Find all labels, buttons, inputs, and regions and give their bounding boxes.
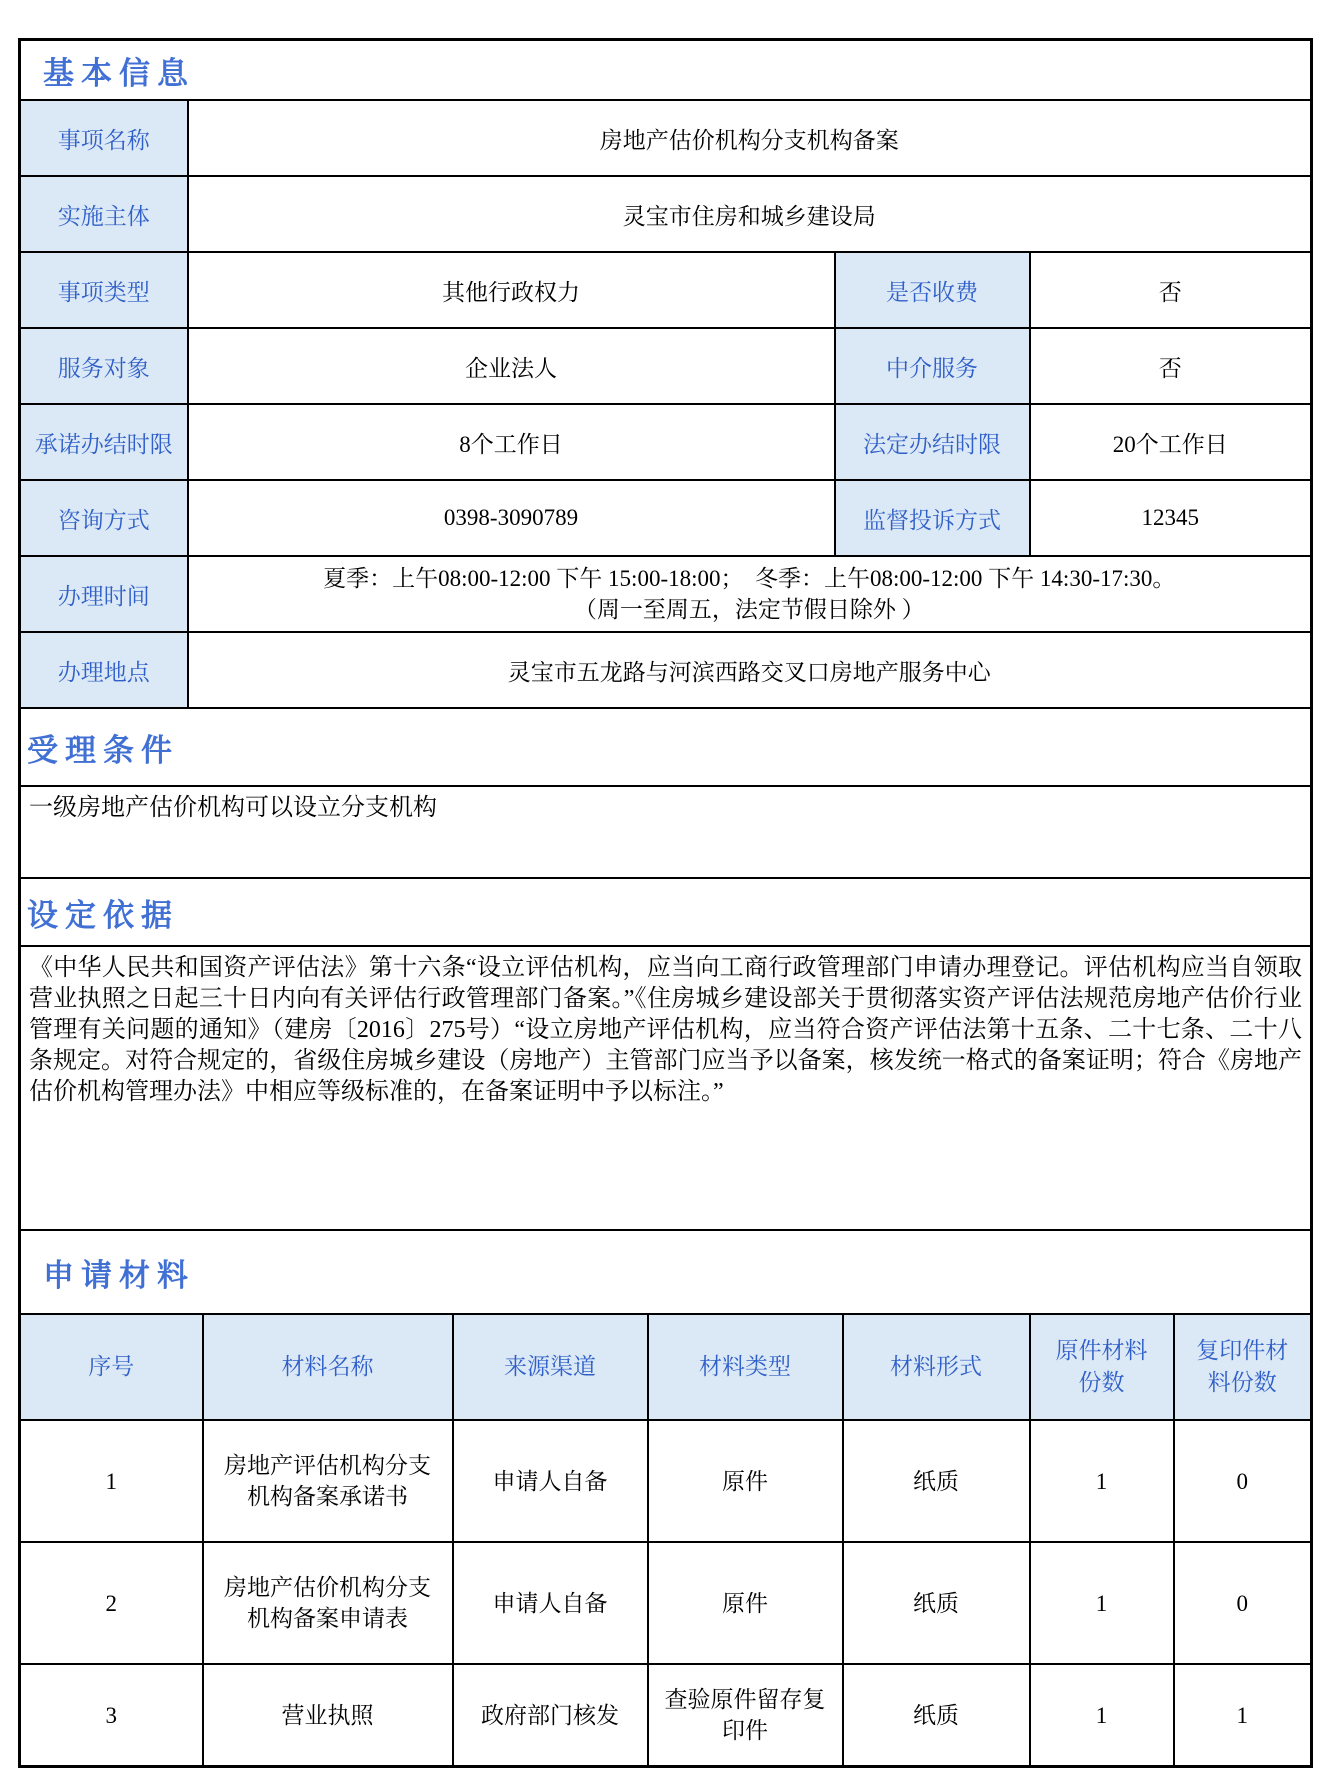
material-2-index: 2: [20, 1542, 203, 1664]
row-time-limits: 承诺办结时限 8个工作日 法定办结时限 20个工作日: [20, 404, 1312, 480]
material-1-index: 1: [20, 1420, 203, 1542]
office-hours-line-2: （周一至周五，法定节假日除外 ）: [199, 594, 1301, 625]
material-3-original-copies: 1: [1030, 1664, 1174, 1767]
material-3-name: 营业执照: [203, 1664, 453, 1767]
row-item-type-and-fee: 事项类型 其他行政权力 是否收费 否: [20, 252, 1312, 328]
section-header-application-materials: 申请材料: [20, 1231, 1312, 1314]
materials-header-row: 序号 材料名称 来源渠道 材料类型 材料形式 原件材料份数 复印件材料份数: [20, 1314, 1312, 1420]
field-value-intermediary-service: 否: [1030, 328, 1312, 404]
material-1-form: 纸质: [843, 1420, 1030, 1542]
materials-col-header-index: 序号: [20, 1314, 203, 1420]
row-contact-methods: 咨询方式 0398-3090789 监督投诉方式 12345: [20, 480, 1312, 556]
field-value-promised-time-limit: 8个工作日: [188, 404, 835, 480]
material-2-photocopy-copies: 0: [1174, 1542, 1312, 1664]
section-title-acceptance-conditions: 受理条件: [27, 733, 179, 768]
materials-col-header-type: 材料类型: [648, 1314, 843, 1420]
acceptance-conditions-table: 受理条件 一级房地产估价机构可以设立分支机构: [18, 709, 1313, 879]
section-header-legal-basis: 设定依据: [20, 879, 1312, 946]
field-label-promised-time-limit: 承诺办结时限: [20, 404, 188, 480]
material-1-name: 房地产评估机构分支机构备案承诺书: [203, 1420, 453, 1542]
row-item-name: 事项名称 房地产估价机构分支机构备案: [20, 100, 1312, 176]
field-value-fee-charged: 否: [1030, 252, 1312, 328]
legal-basis-content: 《中华人民共和国资产评估法》第十六条“设立评估机构，应当向工商行政管理部门申请办…: [20, 946, 1312, 1230]
section-title-legal-basis: 设定依据: [27, 898, 179, 933]
material-3-source: 政府部门核发: [453, 1664, 648, 1767]
section-title-basic-info: 基本信息: [43, 56, 195, 91]
materials-col-header-name: 材料名称: [203, 1314, 453, 1420]
material-row-2: 2 房地产估价机构分支机构备案申请表 申请人自备 原件 纸质 1 0: [20, 1542, 1312, 1664]
material-2-type: 原件: [648, 1542, 843, 1664]
material-1-original-copies: 1: [1030, 1420, 1174, 1542]
field-label-statutory-time-limit: 法定办结时限: [835, 404, 1030, 480]
row-office-location: 办理地点 灵宝市五龙路与河滨西路交叉口房地产服务中心: [20, 632, 1312, 708]
material-2-original-copies: 1: [1030, 1542, 1174, 1664]
field-label-complaint-method: 监督投诉方式: [835, 480, 1030, 556]
service-info-document: 基本信息 事项名称 房地产估价机构分支机构备案 实施主体 灵宝市住房和城乡建设局…: [0, 0, 1328, 1768]
field-value-statutory-time-limit: 20个工作日: [1030, 404, 1312, 480]
field-label-implementing-body: 实施主体: [20, 176, 188, 252]
field-label-item-type: 事项类型: [20, 252, 188, 328]
row-service-target-and-intermediary: 服务对象 企业法人 中介服务 否: [20, 328, 1312, 404]
field-value-item-type: 其他行政权力: [188, 252, 835, 328]
material-3-type: 查验原件留存复印件: [648, 1664, 843, 1767]
field-value-consultation-phone: 0398-3090789: [188, 480, 835, 556]
material-1-source: 申请人自备: [453, 1420, 648, 1542]
material-3-form: 纸质: [843, 1664, 1030, 1767]
field-value-service-target: 企业法人: [188, 328, 835, 404]
material-1-photocopy-copies: 0: [1174, 1420, 1312, 1542]
acceptance-conditions-content: 一级房地产估价机构可以设立分支机构: [20, 786, 1312, 878]
field-value-item-name: 房地产估价机构分支机构备案: [188, 100, 1312, 176]
field-value-office-location: 灵宝市五龙路与河滨西路交叉口房地产服务中心: [188, 632, 1312, 708]
row-office-hours: 办理时间 夏季：上午08:00-12:00 下午 15:00-18:00； 冬季…: [20, 556, 1312, 632]
legal-basis-table: 设定依据 《中华人民共和国资产评估法》第十六条“设立评估机构，应当向工商行政管理…: [18, 879, 1313, 1231]
material-3-index: 3: [20, 1664, 203, 1767]
field-label-office-hours: 办理时间: [20, 556, 188, 632]
field-label-office-location: 办理地点: [20, 632, 188, 708]
application-materials-table: 申请材料 序号 材料名称 来源渠道 材料类型 材料形式 原件材料份数 复印件材料…: [18, 1231, 1313, 1768]
section-header-basic-info: 基本信息: [20, 40, 1312, 101]
field-label-item-name: 事项名称: [20, 100, 188, 176]
field-value-implementing-body: 灵宝市住房和城乡建设局: [188, 176, 1312, 252]
row-implementing-body: 实施主体 灵宝市住房和城乡建设局: [20, 176, 1312, 252]
field-label-fee-charged: 是否收费: [835, 252, 1030, 328]
materials-col-header-original-copies: 原件材料份数: [1030, 1314, 1174, 1420]
field-label-intermediary-service: 中介服务: [835, 328, 1030, 404]
material-2-form: 纸质: [843, 1542, 1030, 1664]
section-header-acceptance-conditions: 受理条件: [20, 709, 1312, 786]
office-hours-line-1: 夏季：上午08:00-12:00 下午 15:00-18:00； 冬季：上午08…: [199, 563, 1301, 594]
field-label-consultation-method: 咨询方式: [20, 480, 188, 556]
field-label-service-target: 服务对象: [20, 328, 188, 404]
material-row-1: 1 房地产评估机构分支机构备案承诺书 申请人自备 原件 纸质 1 0: [20, 1420, 1312, 1542]
materials-col-header-source: 来源渠道: [453, 1314, 648, 1420]
material-2-name: 房地产估价机构分支机构备案申请表: [203, 1542, 453, 1664]
material-3-photocopy-copies: 1: [1174, 1664, 1312, 1767]
material-2-source: 申请人自备: [453, 1542, 648, 1664]
field-value-office-hours: 夏季：上午08:00-12:00 下午 15:00-18:00； 冬季：上午08…: [188, 556, 1312, 632]
section-title-application-materials: 申请材料: [43, 1258, 195, 1293]
field-value-complaint-phone: 12345: [1030, 480, 1312, 556]
material-row-3: 3 营业执照 政府部门核发 查验原件留存复印件 纸质 1 1: [20, 1664, 1312, 1767]
material-1-type: 原件: [648, 1420, 843, 1542]
materials-col-header-form: 材料形式: [843, 1314, 1030, 1420]
basic-info-table: 基本信息 事项名称 房地产估价机构分支机构备案 实施主体 灵宝市住房和城乡建设局…: [18, 38, 1313, 709]
materials-col-header-photocopy-copies: 复印件材料份数: [1174, 1314, 1312, 1420]
